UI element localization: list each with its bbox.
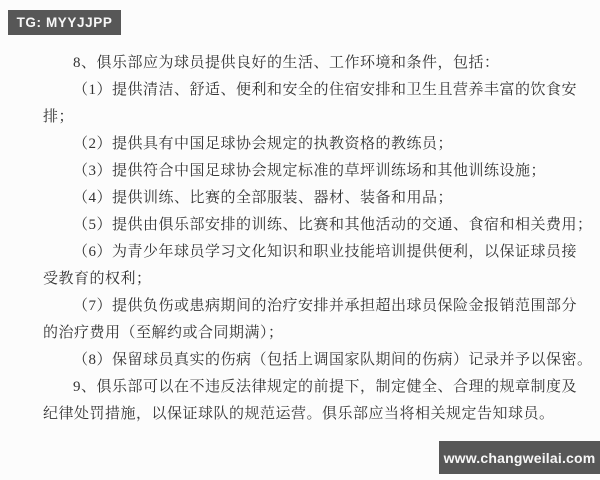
text-line: 8、俱乐部应为球员提供良好的生活、工作环境和条件，包括： (43, 50, 580, 77)
text-line: （8）保留球员真实的伤病（包括上调国家队期间的伤病）记录并予以保密。 (43, 347, 580, 374)
text-line: 受教育的权利； (43, 266, 580, 293)
text-line: （6）为青少年球员学习文化知识和职业技能培训提供便利，以保证球员接 (43, 239, 580, 266)
text-line: （1）提供清洁、舒适、便利和安全的住宿安排和卫生且营养丰富的饮食安 (43, 77, 580, 104)
text-line: （7）提供负伤或患病期间的治疗安排并承担超出球员保险金报销范围部分 (43, 293, 580, 320)
text-line: 排； (43, 104, 580, 131)
text-line: 9、俱乐部可以在不违反法律规定的前提下，制定健全、合理的规章制度及 (43, 374, 580, 401)
text-line: （4）提供训练、比赛的全部服装、器材、装备和用品； (43, 185, 580, 212)
website-watermark-badge: www.changweilai.com (439, 441, 600, 474)
text-line: （5）提供由俱乐部安排的训练、比赛和其他活动的交通、食宿和相关费用； (43, 212, 580, 239)
telegram-tag-badge: TG: MYYJJPP (8, 10, 121, 35)
text-line: 纪律处罚措施，以保证球队的规范运营。俱乐部应当将相关规定告知球员。 (43, 401, 580, 428)
document-page: TG: MYYJJPP 8、俱乐部应为球员提供良好的生活、工作环境和条件，包括：… (0, 0, 600, 480)
document-body: 8、俱乐部应为球员提供良好的生活、工作环境和条件，包括：（1）提供清洁、舒适、便… (43, 50, 580, 428)
text-line: （2）提供具有中国足球协会规定的执教资格的教练员； (43, 131, 580, 158)
text-line: （3）提供符合中国足球协会规定标准的草坪训练场和其他训练设施； (43, 158, 580, 185)
text-line: 的治疗费用（至解约或合同期满）； (43, 320, 580, 347)
